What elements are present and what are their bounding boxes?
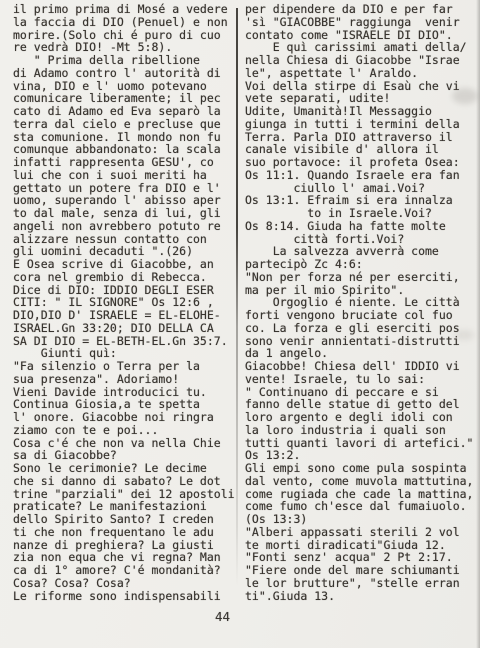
page-number: 44 [215, 610, 265, 624]
page-edge-shadow [476, 0, 480, 648]
left-column-text: il primo prima di Mosé a vedere la facci… [13, 3, 235, 602]
scan-smudge [452, 88, 478, 104]
column-divider [236, 8, 238, 586]
right-column-text: per dipendere da DIO e per far 'sì "GIAC… [245, 3, 473, 602]
scan-smudge [454, 330, 474, 340]
scanned-page: il primo prima di Mosé a vedere la facci… [0, 0, 480, 648]
